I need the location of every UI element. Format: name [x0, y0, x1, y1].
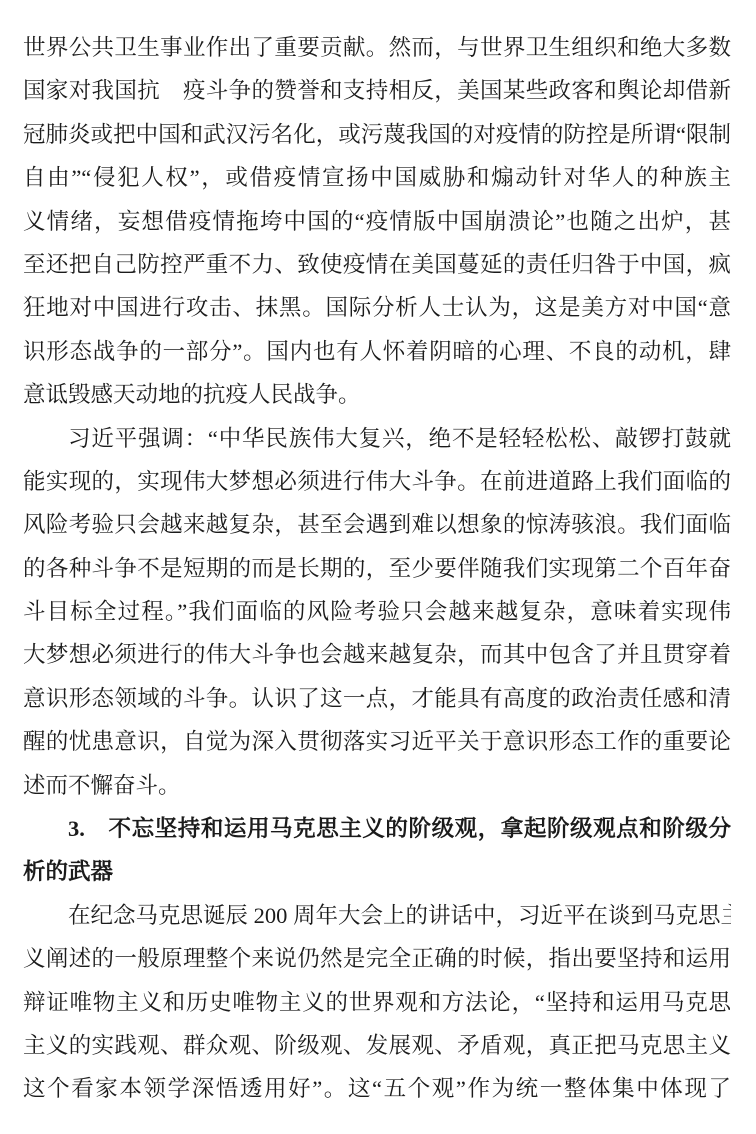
paragraph: 世界公共卫生事业作出了重要贡献。然而，与世界卫生组织和绝大多数国家对我国抗 疫斗…: [23, 26, 731, 417]
text-line: 意识形态领域的斗争。认识了这一点，才能具有高度的政治责任感和清: [23, 677, 731, 720]
section-heading: 3. 不忘坚持和运用马克思主义的阶级观，拿起阶级观点和阶级分析的武器: [23, 807, 731, 894]
heading-line: 析的武器: [23, 850, 731, 893]
text-line: 国家对我国抗 疫斗争的赞誉和支持相反，美国某些政客和舆论却借新: [23, 69, 731, 112]
text-line: 斗目标全过程。”我们面临的风险考验只会越来越复杂，意味着实现伟: [23, 590, 731, 633]
heading-line: 3. 不忘坚持和运用马克思主义的阶级观，拿起阶级观点和阶级分: [23, 807, 731, 850]
paragraph: 习近平强调：“中华民族伟大复兴，绝不是轻轻松松、敲锣打鼓就能实现的，实现伟大梦想…: [23, 417, 731, 808]
text-line: 这个看家本领学深悟透用好”。这“五个观”作为统一整体集中体现了: [23, 1067, 731, 1110]
text-line: 在纪念马克思诞辰 200 周年大会上的讲话中，习近平在谈到马克思主: [23, 894, 731, 937]
text-line: 能实现的，实现伟大梦想必须进行伟大斗争。在前进道路上我们面临的: [23, 460, 731, 503]
text-line: 风险考验只会越来越复杂，甚至会遇到难以想象的惊涛骇浪。我们面临: [23, 503, 731, 546]
paragraph: 在纪念马克思诞辰 200 周年大会上的讲话中，习近平在谈到马克思主义阐述的一般原…: [23, 894, 731, 1111]
text-line: 述而不懈奋斗。: [23, 764, 731, 807]
text-line: 主义的实践观、群众观、阶级观、发展观、矛盾观，真正把马克思主义: [23, 1024, 731, 1067]
text-line: 冠肺炎或把中国和武汉污名化，或污蔑我国的对疫情的防控是所谓“限制: [23, 113, 731, 156]
text-line: 辩证唯物主义和历史唯物主义的世界观和方法论，“坚持和运用马克思: [23, 981, 731, 1024]
text-line: 意诋毁感天动地的抗疫人民战争。: [23, 373, 731, 416]
text-line: 的各种斗争不是短期的而是长期的，至少要伴随我们实现第二个百年奋: [23, 547, 731, 590]
text-line: 义情绪，妄想借疫情拖垮中国的“疫情版中国崩溃论”也随之出炉，甚: [23, 200, 731, 243]
text-line: 世界公共卫生事业作出了重要贡献。然而，与世界卫生组织和绝大多数: [23, 26, 731, 69]
text-line: 大梦想必须进行的伟大斗争也会越来越复杂，而其中包含了并且贯穿着: [23, 633, 731, 676]
text-line: 至还把自己防控严重不力、致使疫情在美国蔓延的责任归咎于中国，疯: [23, 243, 731, 286]
text-line: 醒的忧患意识，自觉为深入贯彻落实习近平关于意识形态工作的重要论: [23, 720, 731, 763]
text-line: 自由”“侵犯人权”，或借疫情宣扬中国威胁和煽动针对华人的种族主: [23, 156, 731, 199]
text-line: 习近平强调：“中华民族伟大复兴，绝不是轻轻松松、敲锣打鼓就: [23, 417, 731, 460]
text-line: 狂地对中国进行攻击、抹黑。国际分析人士认为，这是美方对中国“意: [23, 286, 731, 329]
document-page: 世界公共卫生事业作出了重要贡献。然而，与世界卫生组织和绝大多数国家对我国抗 疫斗…: [0, 0, 756, 1134]
text-line: 识形态战争的一部分”。国内也有人怀着阴暗的心理、不良的动机，肆: [23, 330, 731, 373]
text-line: 义阐述的一般原理整个来说仍然是完全正确的时候，指出要坚持和运用: [23, 937, 731, 980]
